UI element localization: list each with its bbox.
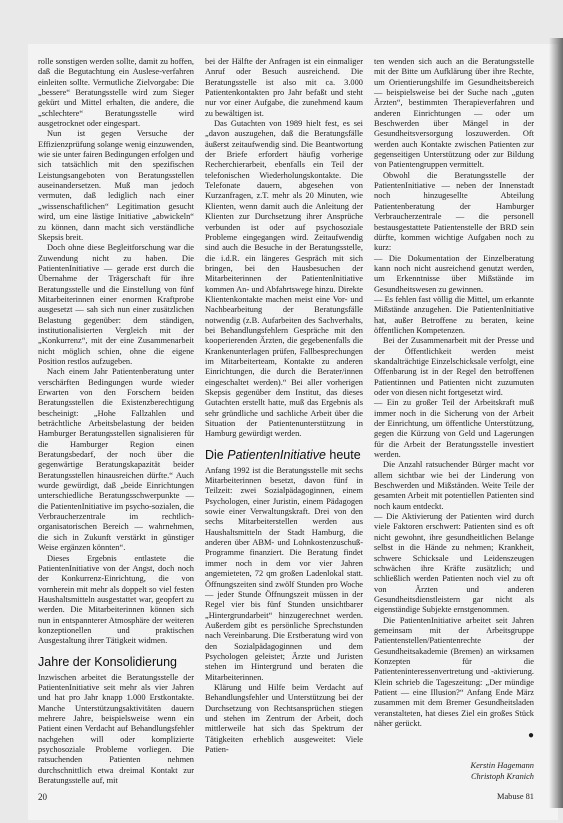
paragraph: Klärung und Hilfe beim Verdacht auf Beha… bbox=[205, 683, 363, 755]
paragraph: Die PatientenInitiative arbeitet seit Ja… bbox=[374, 616, 534, 730]
bullet-item: — Es fehlen fast völlig die Mittel, um e… bbox=[374, 295, 534, 336]
paragraph: Die Anzahl ratsuchender Bürger macht vor… bbox=[374, 460, 534, 512]
section-heading-konsolidierung: Jahre der Konsolidierung bbox=[38, 655, 194, 669]
paragraph: Das Gutachten von 1989 hielt fest, es se… bbox=[205, 119, 363, 440]
column-1: rolle sonstigen werden sollte, damit zu … bbox=[38, 57, 194, 786]
section-heading-heute: Die PatientenInitiative heute bbox=[205, 448, 363, 462]
author-list: Kerstin Hagemann Christoph Kranich bbox=[374, 761, 534, 782]
paragraph: Nun ist gegen Versuche der Effizienzprüf… bbox=[38, 129, 194, 243]
heading-part: heute bbox=[326, 448, 361, 462]
bullet-item: — Ein zu großer Teil der Arbeitskraft mu… bbox=[374, 398, 534, 460]
end-of-article-mark: ● bbox=[374, 731, 534, 741]
bullet-item: — Die Dokumentation der Einzelberatung k… bbox=[374, 254, 534, 295]
heading-part: Die bbox=[205, 448, 227, 462]
paragraph: Doch ohne diese Begleitforschung war die… bbox=[38, 243, 194, 367]
paragraph: bei der Hälfte der Anfragen ist ein einm… bbox=[205, 57, 363, 119]
column-2: bei der Hälfte der Anfragen ist ein einm… bbox=[205, 57, 363, 755]
bullet-item: — Die Aktivierung der Patienten wird dur… bbox=[374, 512, 534, 615]
paragraph: Dieses Ergebnis entlastete die Patienten… bbox=[38, 554, 194, 647]
page-number: 20 bbox=[38, 792, 47, 802]
scan-edge-shadow bbox=[549, 38, 563, 808]
paragraph: rolle sonstigen werden sollte, damit zu … bbox=[38, 57, 194, 129]
heading-part-italic: PatientenInitiative bbox=[227, 448, 326, 462]
paragraph: Obwohl die Beratungsstelle der Patienten… bbox=[374, 171, 534, 254]
author-name: Christoph Kranich bbox=[374, 772, 534, 782]
paragraph: Nach einem Jahr Patientenberatung unter … bbox=[38, 367, 194, 553]
paragraph: Anfang 1992 ist die Beratungsstelle mit … bbox=[205, 466, 363, 683]
paragraph: Inzwischen arbeitet die Beratungsstelle … bbox=[38, 673, 194, 787]
paragraph: Bei der Zusammenarbeit mit der Presse un… bbox=[374, 336, 534, 398]
paragraph: ten wenden sich auch an die Beratungsste… bbox=[374, 57, 534, 171]
column-3: ten wenden sich auch an die Beratungsste… bbox=[374, 57, 534, 803]
publication-source: Mabuse 81 bbox=[374, 792, 534, 802]
author-name: Kerstin Hagemann bbox=[374, 761, 534, 771]
